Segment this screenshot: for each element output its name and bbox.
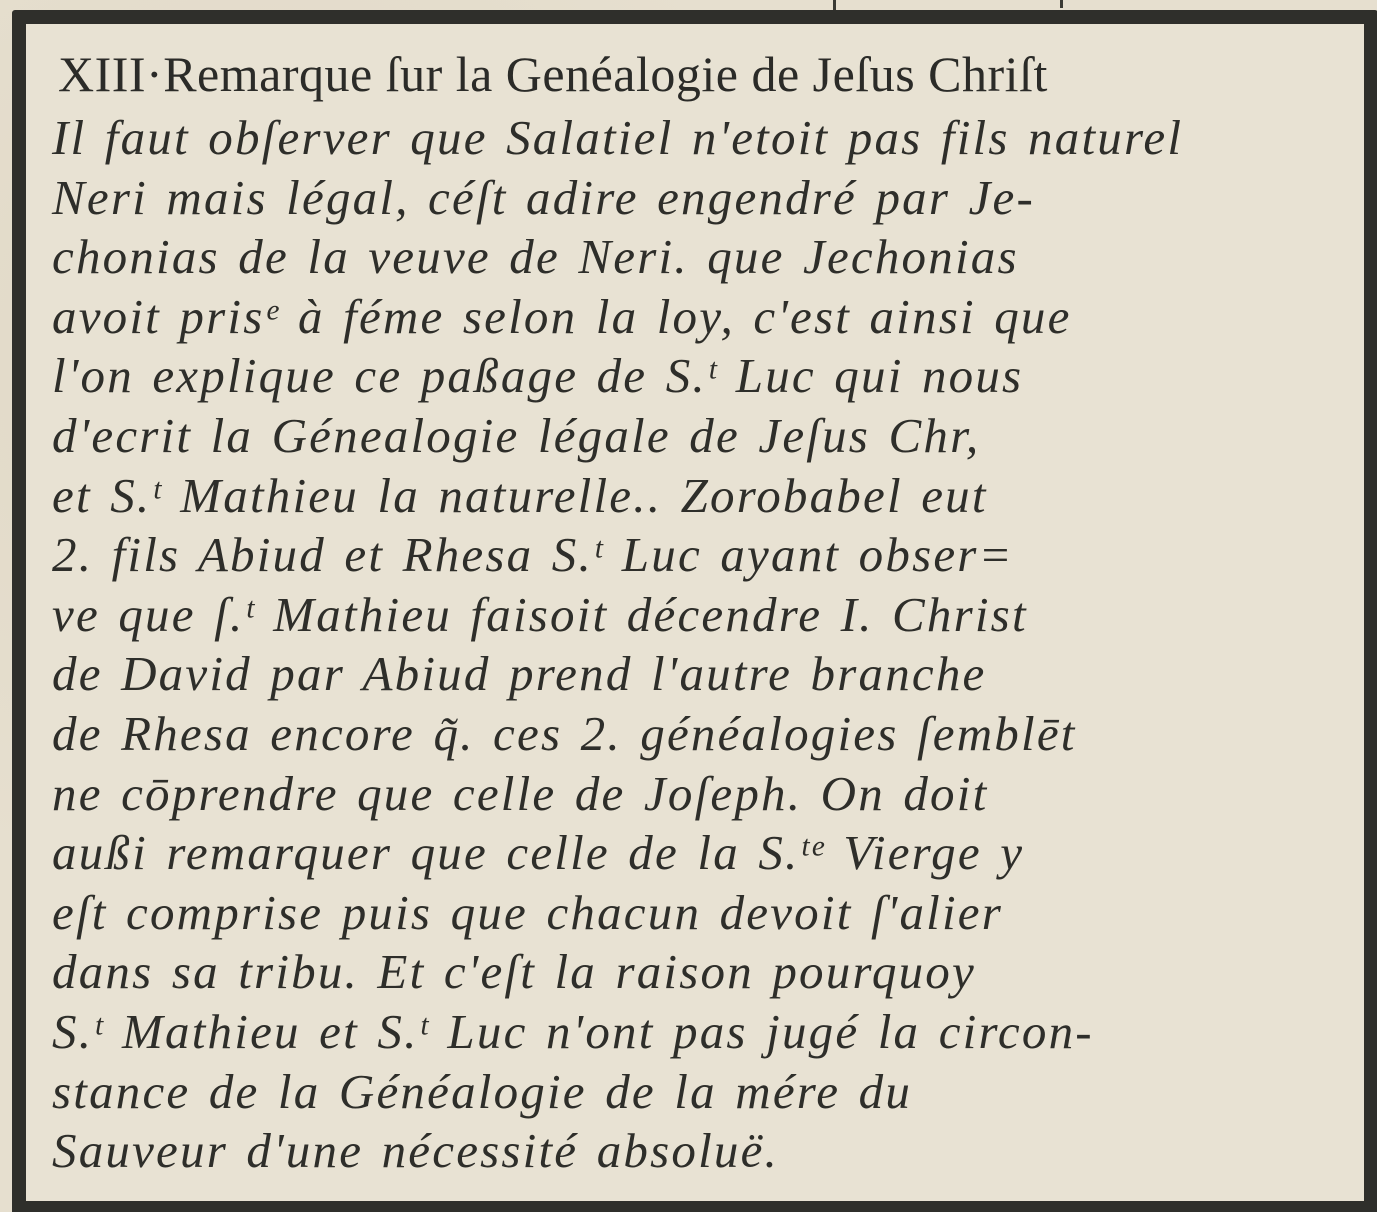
text-line: Il faut obſerver que Salatiel n'etoit pa…	[52, 108, 1344, 168]
text-line: eſt comprise puis que chacun devoit ſ'al…	[52, 883, 1344, 943]
text-line: ve que ſ.ᵗ Mathieu faisoit décendre I. C…	[52, 585, 1344, 645]
text-line: avoit prisᵉ à féme selon la loy, c'est a…	[52, 287, 1344, 347]
adjacent-frame-line	[1060, 0, 1063, 8]
text-line: de Rhesa encore q̃. ces 2. généalogies ſ…	[52, 704, 1344, 764]
text-line: ne cōprendre que celle de Joſeph. On doi…	[52, 764, 1344, 824]
text-line: außi remarquer que celle de la S.ᵗᵉ Vier…	[52, 823, 1344, 883]
text-line: de David par Abiud prend l'autre branche	[52, 644, 1344, 704]
text-line: dans sa tribu. Et c'eſt la raison pourqu…	[52, 942, 1344, 1002]
text-line: d'ecrit la Génealogie légale de Jeſus Ch…	[52, 406, 1344, 466]
text-line: et S.ᵗ Mathieu la naturelle.. Zorobabel …	[52, 466, 1344, 526]
remark-body: Il faut obſerver que Salatiel n'etoit pa…	[52, 108, 1344, 1181]
text-line: 2. fils Abiud et Rhesa S.ᵗ Luc ayant obs…	[52, 525, 1344, 585]
text-line: l'on explique ce paßage de S.ᵗ Luc qui n…	[52, 346, 1344, 406]
text-line: Neri mais légal, céſt adire engendré par…	[52, 168, 1344, 228]
text-line: Sauveur d'une nécessité absoluë.	[52, 1121, 1344, 1181]
cartouche-content: XIII·Remarque ſur la Genéalogie de Jeſus…	[52, 44, 1344, 1181]
text-line: chonias de la veuve de Neri. que Jechoni…	[52, 227, 1344, 287]
engraved-text-cartouche: XIII·Remarque ſur la Genéalogie de Jeſus…	[12, 10, 1377, 1212]
text-line: stance de la Généalogie de la mére du	[52, 1062, 1344, 1122]
remark-title: XIII·Remarque ſur la Genéalogie de Jeſus…	[58, 44, 1344, 104]
text-line: S.ᵗ Mathieu et S.ᵗ Luc n'ont pas jugé la…	[52, 1002, 1344, 1062]
